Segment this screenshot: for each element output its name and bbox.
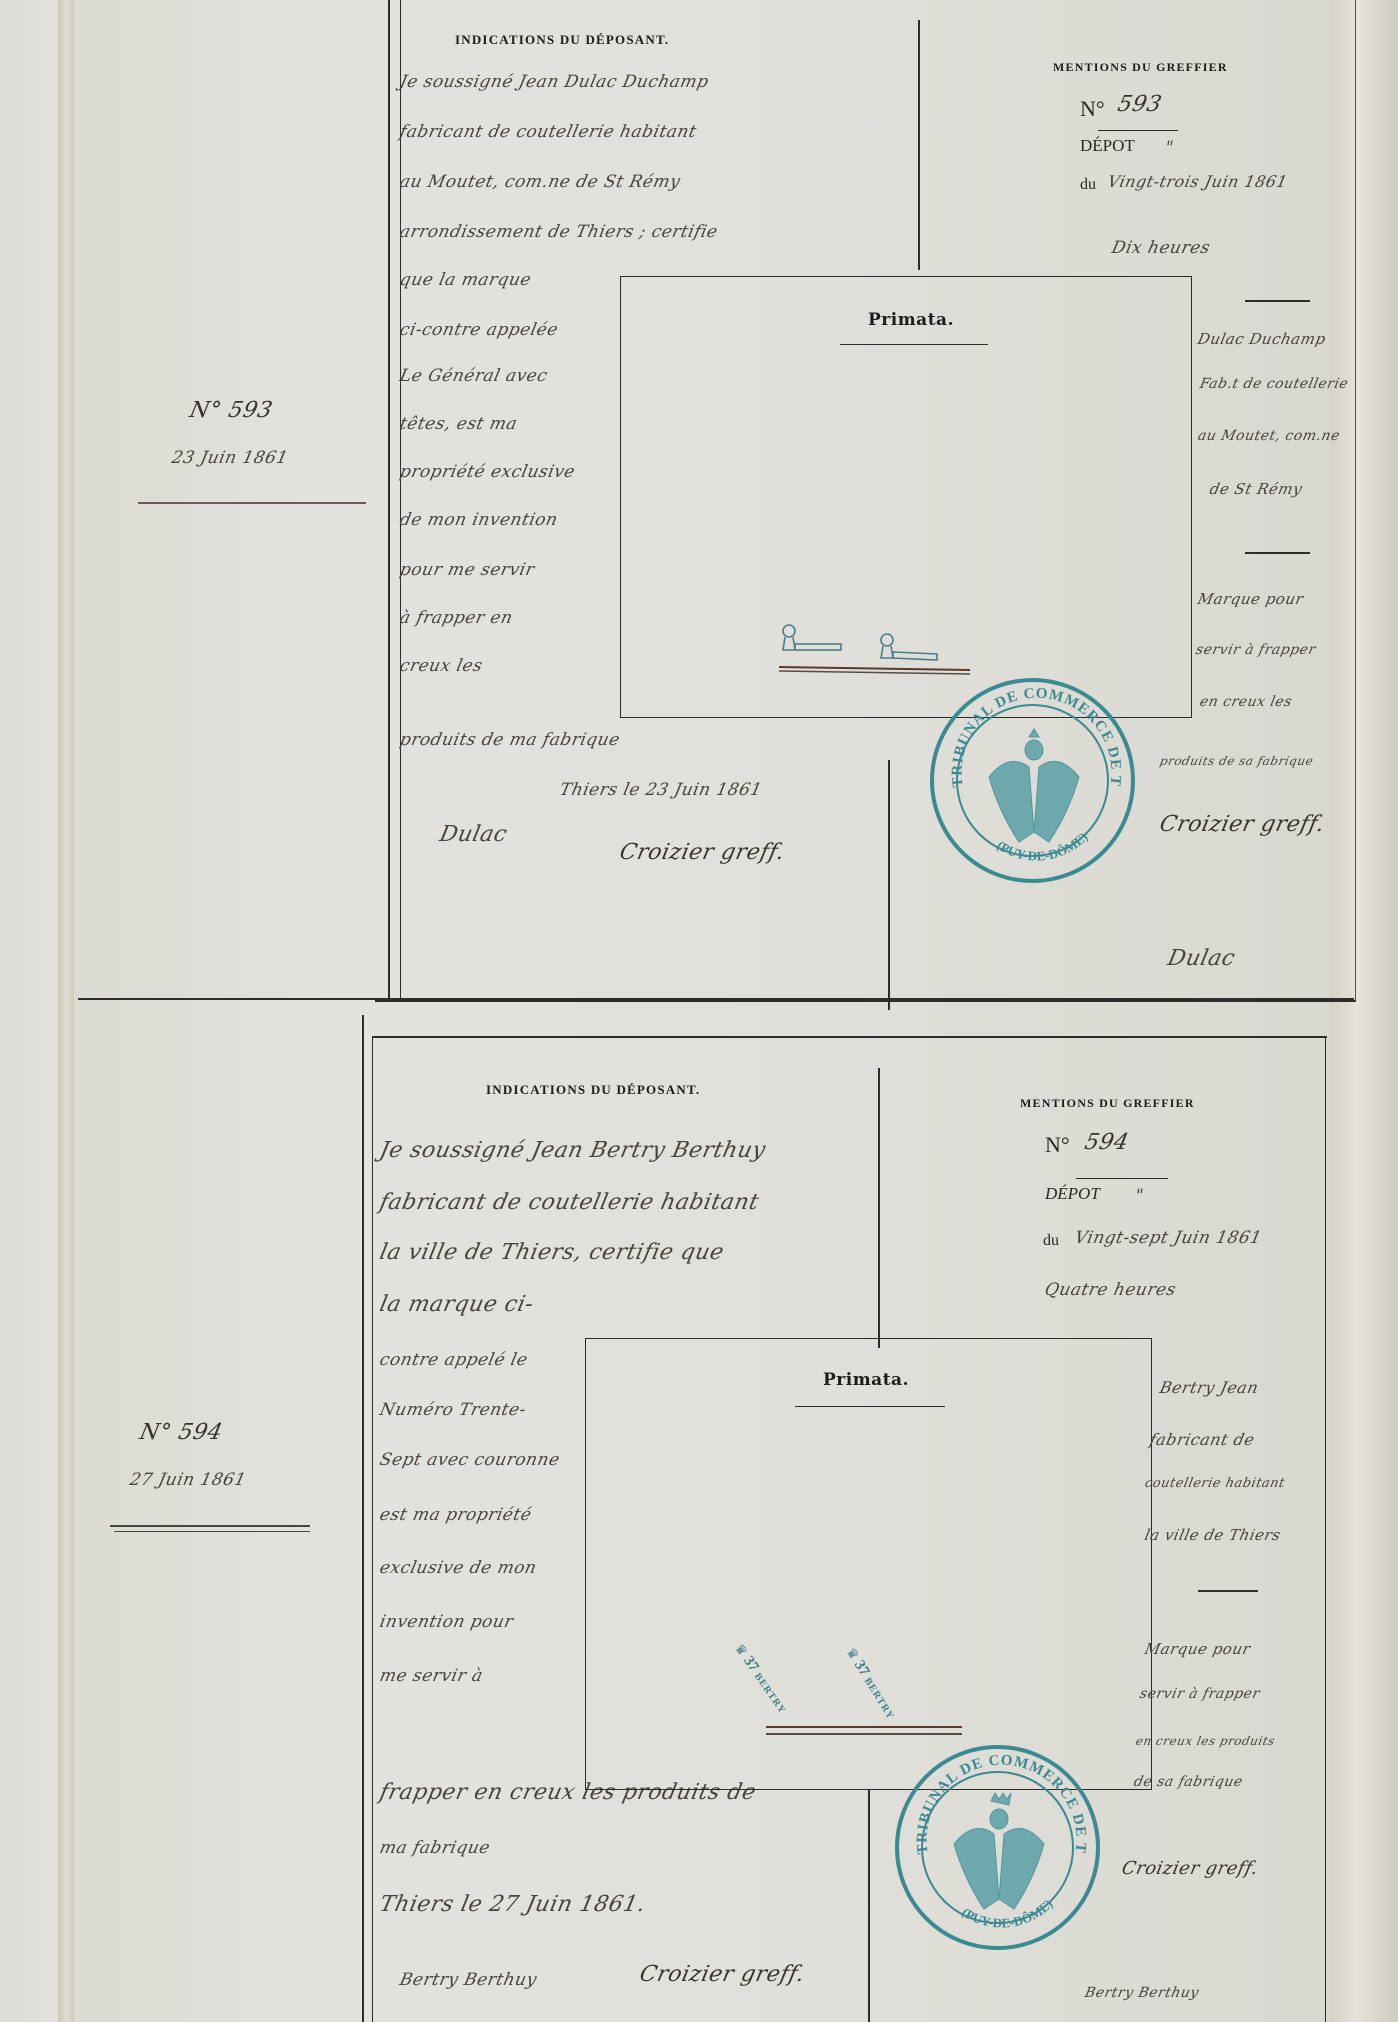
side-line: servir à frapper xyxy=(1138,1686,1261,1702)
statement-line: ma fabrique xyxy=(378,1838,492,1858)
depositor-signature: Dulac xyxy=(437,822,509,847)
mark-title-rule xyxy=(840,344,988,345)
deposit-number-underline xyxy=(1098,130,1178,131)
statement-line: propriété exclusive xyxy=(398,462,577,482)
statement-line: creux les xyxy=(398,656,485,676)
tribunal-stamp: TRIBUNAL DE COMMERCE DE THIERS (PUY-DE-D… xyxy=(895,1745,1100,1950)
deposit-number: 593 xyxy=(1115,92,1164,117)
side-line: en creux les produits xyxy=(1135,1734,1277,1748)
side-line: coutellerie habitant xyxy=(1143,1476,1286,1491)
margin-rule xyxy=(138,502,366,504)
column-divider xyxy=(878,1068,880,1348)
side-line: Bertry Jean xyxy=(1158,1378,1260,1397)
side-line: Marque pour xyxy=(1143,1640,1252,1658)
side-line: produits de sa fabrique xyxy=(1159,754,1315,768)
side-line: la ville de Thiers xyxy=(1143,1526,1282,1544)
side-depositor-signature: Bertry Berthuy xyxy=(1083,1985,1200,2001)
statement-line: Numéro Trente- xyxy=(378,1400,528,1420)
statement-line: de mon invention xyxy=(398,510,560,530)
side-greffier-signature: Croizier greff. xyxy=(1120,1858,1260,1879)
side-line: de St Rémy xyxy=(1208,480,1304,498)
page-rule-left-inner xyxy=(372,1038,373,2022)
statement-line: que la marque xyxy=(398,270,533,290)
du-label: du xyxy=(1043,1232,1059,1250)
mark-box-title: Primata. xyxy=(868,310,954,330)
statement-line: à frapper en xyxy=(398,608,515,628)
side-greffier-signature: Croizier greff. xyxy=(1157,812,1327,837)
statement-line: fabricant de coutellerie habitant xyxy=(377,1190,761,1215)
entry-top-rule xyxy=(372,1036,1327,1038)
statement-line: contre appelé le xyxy=(378,1350,530,1370)
place-date: Thiers le 23 Juin 1861 xyxy=(558,780,764,800)
mark-baseline-rule xyxy=(766,1726,962,1735)
head-mark-icon xyxy=(775,620,1025,680)
column-divider-lower xyxy=(888,760,890,1010)
statement-line: pour me servir xyxy=(398,560,537,580)
depositor-header: INDICATIONS DU DÉPOSANT. xyxy=(455,32,669,48)
side-line: Marque pour xyxy=(1196,590,1305,608)
side-line: Fab.t de coutellerie xyxy=(1198,376,1350,392)
depositor-header: INDICATIONS DU DÉPOSANT. xyxy=(486,1082,700,1098)
no-label: N° xyxy=(1045,1132,1070,1158)
deposit-time: Quatre heures xyxy=(1043,1280,1178,1300)
deposit-number: 594 xyxy=(1082,1130,1131,1155)
statement-line: Je soussigné Jean Bertry Berthuy xyxy=(377,1138,768,1163)
depot-label: DÉPOT xyxy=(1080,136,1135,156)
statement-line: invention pour xyxy=(378,1612,515,1632)
statement-line: arrondissement de Thiers ; certifie xyxy=(398,222,720,242)
statement-line: Je soussigné Jean Dulac Duchamp xyxy=(398,72,711,92)
page-rule-left xyxy=(362,1015,364,2022)
side-line: Dulac Duchamp xyxy=(1196,330,1327,348)
side-depositor-signature: Dulac xyxy=(1165,946,1237,971)
side-line: de sa fabrique xyxy=(1132,1774,1244,1790)
eagle-emblem-icon: TRIBUNAL DE COMMERCE DE THIERS (PUY-DE-D… xyxy=(934,682,1139,887)
statement-line: fabricant de coutellerie habitant xyxy=(398,122,699,142)
mark-box-title: Primata. xyxy=(823,1370,909,1390)
side-line: en creux les xyxy=(1198,694,1293,710)
side-rule xyxy=(1245,300,1310,302)
side-rule xyxy=(1245,552,1310,554)
statement-line: produits de ma fabrique xyxy=(398,730,622,750)
deposit-time: Dix heures xyxy=(1110,238,1212,258)
statement-line: Sept avec couronne xyxy=(378,1450,562,1470)
deposit-date: Vingt-trois Juin 1861 xyxy=(1106,172,1289,191)
side-line: servir à frapper xyxy=(1194,642,1317,658)
entry-right-rule xyxy=(1325,1036,1326,2022)
statement-line: la marque ci- xyxy=(377,1292,536,1317)
side-line: au Moutet, com.ne xyxy=(1196,428,1341,444)
mark-title-rule xyxy=(795,1406,945,1407)
statement-line: Le Général avec xyxy=(398,366,550,386)
depot-label: DÉPOT xyxy=(1045,1184,1100,1204)
entry-separator xyxy=(78,998,1354,1000)
side-rule xyxy=(1198,1590,1258,1592)
no-label: N° xyxy=(1080,96,1105,122)
margin-date: 23 Juin 1861 xyxy=(170,448,290,468)
column-divider xyxy=(918,20,920,270)
margin-number: N° 593 xyxy=(187,398,275,423)
eagle-emblem-icon: TRIBUNAL DE COMMERCE DE THIERS (PUY-DE-D… xyxy=(899,1749,1104,1954)
margin-rule xyxy=(110,1525,310,1527)
statement-line: me servir à xyxy=(378,1666,485,1686)
statement-line: la ville de Thiers, certifie que xyxy=(377,1240,726,1265)
greffier-header: MENTIONS DU GREFFIER xyxy=(1020,1096,1195,1111)
greffier-signature: Croizier greff. xyxy=(637,1962,807,1987)
margin-date: 27 Juin 1861 xyxy=(128,1470,248,1490)
margin-rule xyxy=(114,1531,310,1532)
statement-line: ci-contre appelée xyxy=(398,320,560,340)
column-divider-lower xyxy=(868,1790,870,2022)
greffier-header: MENTIONS DU GREFFIER xyxy=(1053,60,1228,75)
statement-line: têtes, est ma xyxy=(398,414,519,434)
statement-line: est ma propriété xyxy=(378,1505,534,1525)
tribunal-stamp: TRIBUNAL DE COMMERCE DE THIERS (PUY-DE-D… xyxy=(930,678,1135,883)
side-line: fabricant de xyxy=(1148,1430,1257,1449)
deposit-date: Vingt-sept Juin 1861 xyxy=(1073,1228,1264,1248)
margin-number: N° 594 xyxy=(137,1420,225,1445)
greffier-signature: Croizier greff. xyxy=(617,840,787,865)
deposit-number-underline xyxy=(1076,1178,1168,1179)
place-date: Thiers le 27 Juin 1861. xyxy=(377,1892,648,1917)
statement-line: exclusive de mon xyxy=(378,1558,539,1578)
statement-line: au Moutet, com.ne de St Rémy xyxy=(398,172,682,192)
du-label: du xyxy=(1080,176,1096,194)
depositor-signature: Bertry Berthuy xyxy=(398,1970,539,1990)
background-left xyxy=(0,0,60,2022)
